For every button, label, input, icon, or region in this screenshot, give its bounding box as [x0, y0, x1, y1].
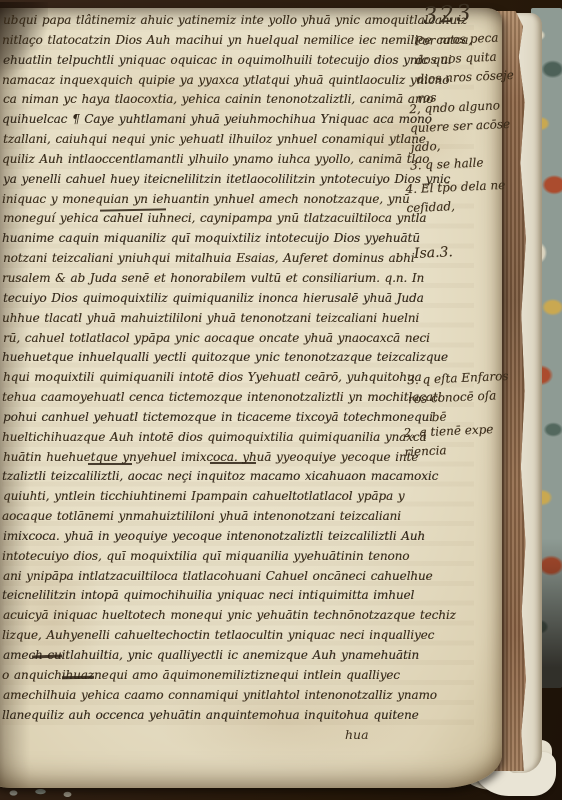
manuscript-line: tehua caamoyehuatl cenca tictemozque int… [2, 390, 474, 410]
manuscript-line: ya yenelli cahuel huey iteicnelilitzin i… [3, 172, 475, 192]
manuscript-line: moneguí yehica cahuel iuhneci, caynipamp… [3, 211, 475, 231]
manuscript-line: quihuelcac ¶ Caye yuhtlamani yhuā yeiuhm… [2, 112, 474, 132]
manuscript-line: tzaliztli teizcaliliztli, aocac neçi inq… [2, 469, 474, 489]
manuscript-line: rusalem & ab Juda senē et honorabilem vu… [2, 271, 474, 291]
manuscript-line: uhhue tlacatl yhuā mahuiztililoni yhuā t… [2, 311, 474, 331]
catchword: hua [345, 727, 369, 742]
manuscript-line: amechilhuia yehica caamo connamiqui ynit… [3, 688, 475, 708]
margin-note-4: 4. El tp̄o dela ne ceſidad, [405, 176, 506, 218]
margin-note-5: 3. q eſta Enfaros ros conocē oſa bē [407, 367, 511, 428]
manuscript-line: aocaque totlānemi ynmahuiztililoni yhuā … [2, 509, 474, 529]
margin-note-isaiah-citation: Isa.3. [414, 243, 454, 264]
manuscript-line: acuicyā iniquac hueltotech monequi ynic … [3, 608, 475, 628]
manuscript-line: intotecuiyo dios, quī moquixtilia quī mi… [2, 549, 474, 569]
manuscript-line: huehuetque inhuelqualli yectli quitozque… [2, 350, 474, 370]
manuscript-line: notzani teizcaliani yniuhqui mitalhuia E… [3, 251, 475, 271]
manuscript-line: amech cuitlahuiltia, ynic qualliyectli i… [3, 648, 475, 668]
margin-note-6: 2, q tienē expe riencia [403, 420, 494, 462]
manuscript-book-photo: ubqui papa tlâtinemiz ahuic yatinemiz in… [0, 0, 562, 800]
manuscript-line: ubqui papa tlâtinemiz ahuic yatinemiz in… [3, 13, 475, 33]
manuscript-line: ani ynipāpa intlatzacuiltiloca tlatlacoh… [3, 569, 475, 589]
manuscript-line: namacaz inquexquich quipie ya yyaxca ytl… [2, 73, 474, 93]
manuscript-line: iniquac y monequian yn iehuantin ynhuel … [2, 192, 474, 212]
page-number: 323 [422, 0, 474, 29]
ink-underline [88, 463, 132, 465]
manuscript-line: ehuatlin telpuchtli yniquac oquicac in o… [3, 53, 475, 73]
bottom-edge-flecks [0, 786, 90, 800]
manuscript-line: tzallani, caiuhqui nequi ynic yehuatl il… [3, 132, 475, 152]
manuscript-text-block: ubqui papa tlâtinemiz ahuic yatinemiz in… [2, 13, 474, 727]
manuscript-line: tecuiyo Dios quimoquixtiliz quimiquanili… [3, 291, 475, 311]
manuscript-line: llanequiliz auh occenca yehuātin anquint… [2, 708, 474, 728]
manuscript-line: quiuhti, yntlein ticchiuhtinemi Ipampain… [3, 489, 475, 509]
manuscript-line: quiliz Auh intlaoccentlamantli ylhuilo y… [2, 152, 474, 172]
manuscript-line: teicnelilitzin intopā quimochihuilia yni… [2, 588, 474, 608]
margin-note-2: 2, qndo alguno quiere ser acōse jado, [409, 96, 512, 157]
margin-note-3: 3. q se halle [410, 153, 484, 175]
ink-strikethrough [62, 676, 94, 680]
manuscript-line: lizque, Auhyenelli cahueltechoctin tetla… [2, 628, 474, 648]
manuscript-line: hqui moquixtili quimiquanili intotē dios… [3, 370, 475, 390]
manuscript-line: ca niman yc haya tlaocoxtia, yehica cain… [3, 92, 475, 112]
manuscript-line: imixcoca. yhuā in yeoquiye yecoque inten… [3, 529, 475, 549]
ink-underline [210, 462, 256, 464]
manuscript-line: nitlaço tlatocatzin Dios Auh macihui yn … [2, 33, 474, 53]
manuscript-line: rū, cahuel totlatlacol ypāpa ynic aocaqu… [3, 331, 475, 351]
manuscript-line: huanime caquin miquaniliz quī moquixtili… [2, 231, 474, 251]
